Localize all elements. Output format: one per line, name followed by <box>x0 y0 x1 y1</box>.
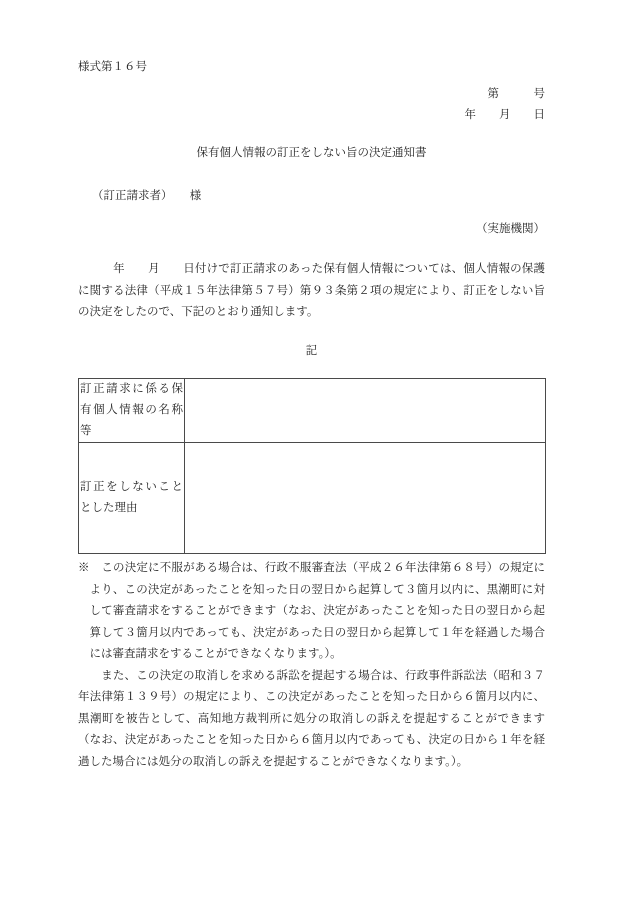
document-number-line: 第 号 <box>78 84 545 106</box>
row-value-reason <box>185 443 546 554</box>
addressee-line: （訂正請求者） 様 <box>78 186 545 208</box>
document-page: 様式第１６号 第 号 年 月 日 保有個人情報の訂正をしない旨の決定通知書 （訂… <box>0 0 630 903</box>
date-line: 年 月 日 <box>78 105 545 127</box>
notes-section: ※ この決定に不服がある場合は、行政不服審査法（平成２６年法律第６８号）の規定に… <box>78 558 545 773</box>
document-title: 保有個人情報の訂正をしない旨の決定通知書 <box>78 143 545 165</box>
form-number-label: 様式第１６号 <box>78 57 545 79</box>
row-value-information-name <box>185 379 546 443</box>
table-row-reason: 訂正をしないこととした理由 <box>79 443 546 554</box>
details-table: 訂正請求に係る保有個人情報の名称等 訂正をしないこととした理由 <box>78 378 546 554</box>
note-paragraph-lawsuit: また、この決定の取消しを求める訴訟を提起する場合は、行政事件訴訟法（昭和３７年法… <box>78 666 545 774</box>
note-paragraph-appeal: ※ この決定に不服がある場合は、行政不服審査法（平成２６年法律第６８号）の規定に… <box>78 558 545 666</box>
row-label-information-name: 訂正請求に係る保有個人情報の名称等 <box>79 379 185 443</box>
record-heading: 記 <box>78 341 545 363</box>
body-paragraph: 年 月 日付けで訂正請求のあった保有個人情報については、個人情報の保護に関する法… <box>78 259 545 324</box>
row-label-reason: 訂正をしないこととした理由 <box>79 443 185 554</box>
table-row-information-name: 訂正請求に係る保有個人情報の名称等 <box>79 379 546 443</box>
issuing-agency-line: （実施機関） <box>78 219 545 241</box>
